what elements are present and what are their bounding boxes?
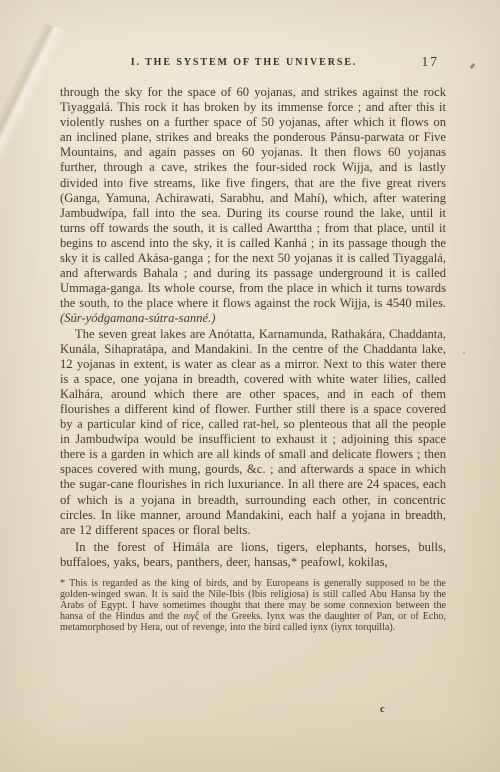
running-title: I. THE SYSTEM OF THE UNIVERSE.	[131, 57, 358, 68]
paragraph-3: In the forest of Himála are lions, tiger…	[60, 540, 446, 570]
greek-word: ιυγξ	[183, 611, 199, 622]
text-block: I. THE SYSTEM OF THE UNIVERSE. 17 throug…	[60, 56, 446, 768]
signature-mark: c	[380, 704, 385, 715]
ink-speck	[463, 352, 465, 354]
paragraph-2: The seven great lakes are Anótatta, Karn…	[60, 327, 446, 538]
footnote: * This is regarded as the king of birds,…	[60, 578, 446, 633]
citation-italic: (Súr-yódgamana-sútra-sanné.)	[60, 311, 215, 325]
page-number: 17	[422, 54, 440, 70]
paragraph-1: through the sky for the space of 60 yoja…	[60, 85, 446, 327]
book-page: I. THE SYSTEM OF THE UNIVERSE. 17 throug…	[0, 0, 500, 772]
paragraph-1-text: through the sky for the space of 60 yoja…	[60, 85, 446, 310]
ink-speck	[470, 63, 476, 70]
running-head: I. THE SYSTEM OF THE UNIVERSE. 17	[60, 56, 446, 70]
